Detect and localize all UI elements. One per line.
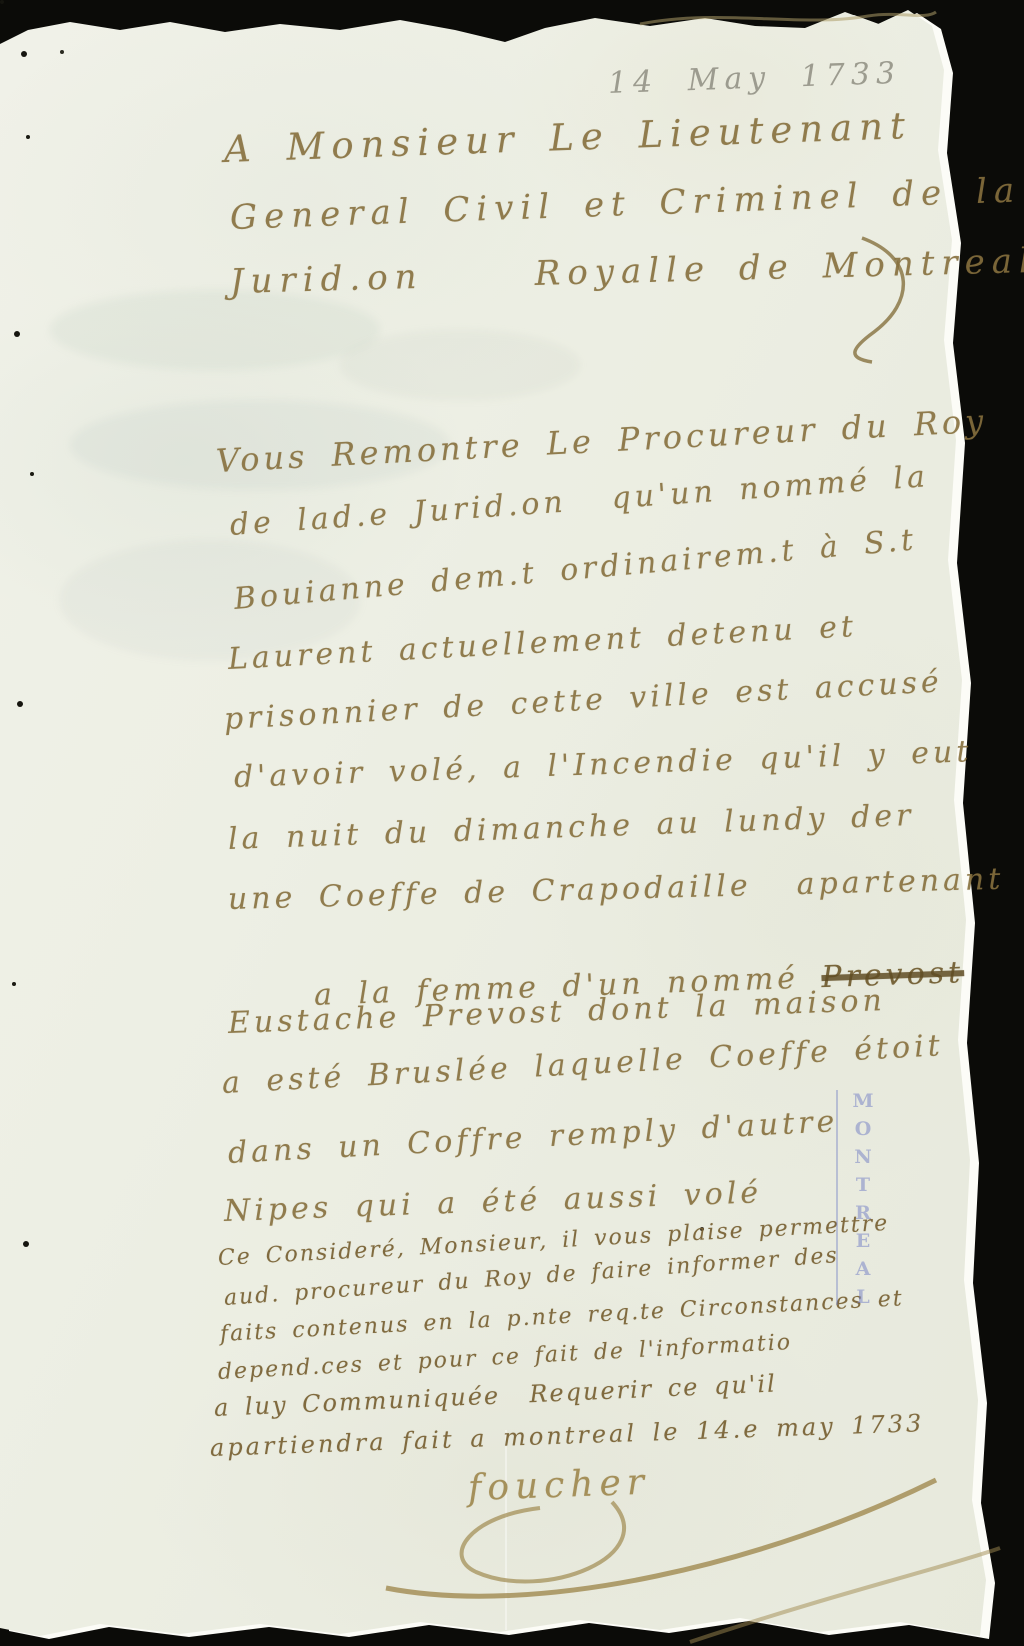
paper-crease <box>505 1430 507 1630</box>
archive-stamp: MONTREAL <box>836 1090 874 1305</box>
dust-specks <box>0 0 4 4</box>
signature: foucher <box>467 1462 650 1509</box>
ink-bleedthrough <box>50 290 380 370</box>
ink-bleedthrough <box>340 330 580 400</box>
scanned-document: 14 May 1733 A Monsieur Le Lieutenant Gen… <box>0 0 1024 1646</box>
